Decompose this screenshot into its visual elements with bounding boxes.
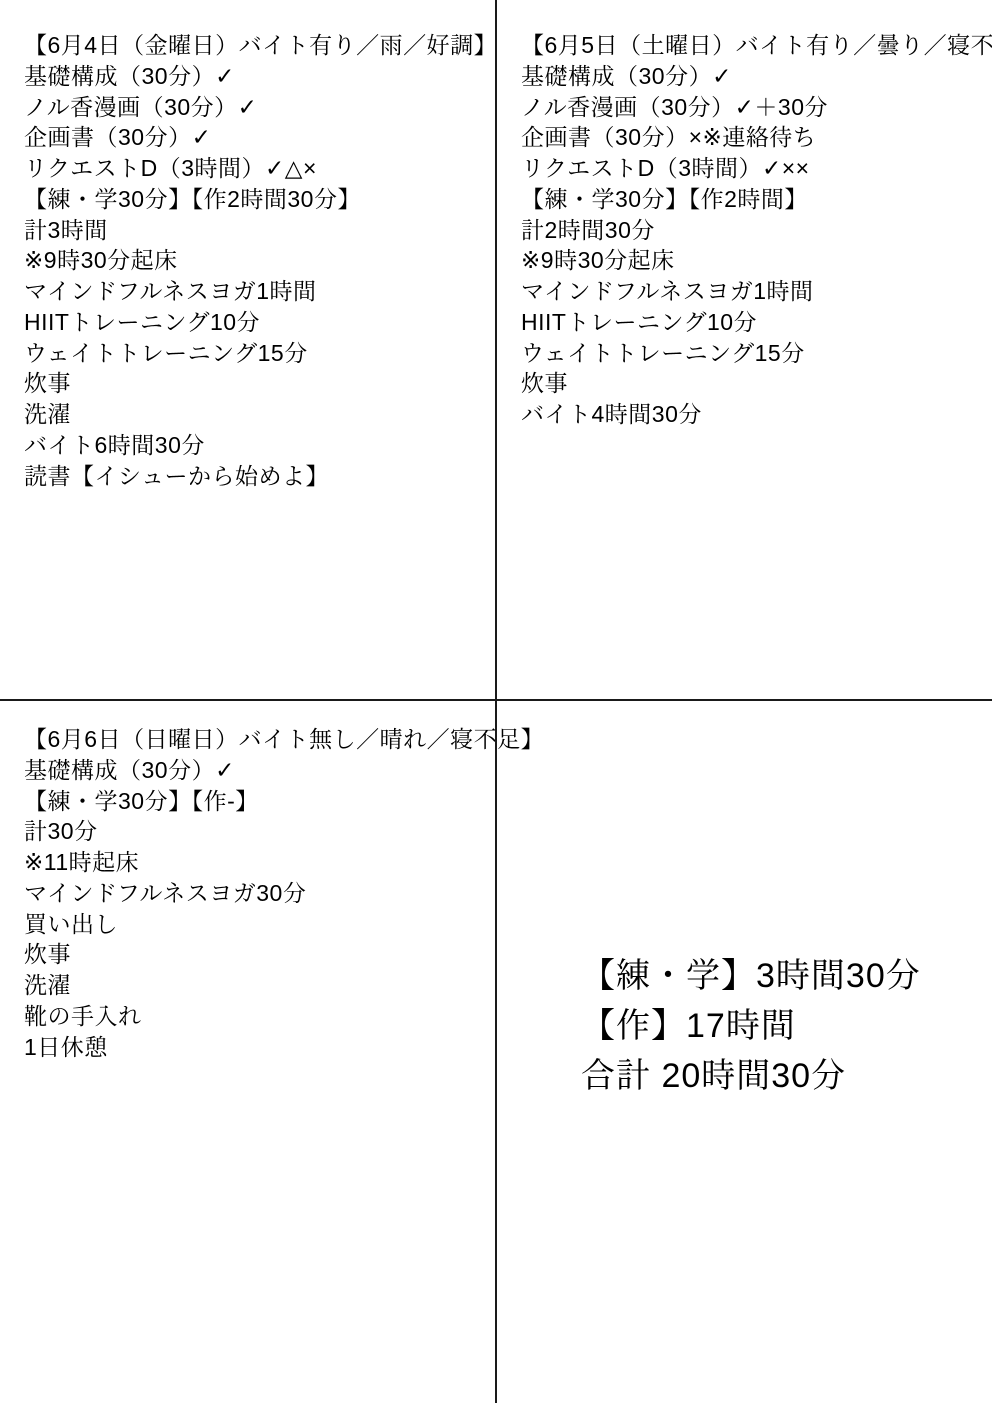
text-line: 読書【イシューから始めよ】 (24, 461, 487, 492)
text-line: 買い出し (24, 909, 487, 940)
text-line: 基礎構成（30分）✓ (521, 61, 984, 92)
text-line: ノル香漫画（30分）✓＋30分 (521, 92, 984, 123)
text-line: 【練・学30分】【作2時間】 (521, 184, 984, 215)
vertical-divider (495, 0, 497, 1403)
text-line: 計30分 (24, 816, 487, 847)
summary-line: 【練・学】3時間30分 (581, 951, 992, 1001)
text-line: 靴の手入れ (24, 1001, 487, 1032)
entry-june-4: 【6月4日（金曜日）バイト有り／雨／好調】 基礎構成（30分）✓ノル香漫画（30… (0, 0, 495, 699)
text-line: 炊事 (24, 939, 487, 970)
text-line: 基礎構成（30分）✓ (24, 755, 487, 786)
text-line: 洗濯 (24, 399, 487, 430)
text-line: リクエストD（3時間）✓△× (24, 153, 487, 184)
text-line: 洗濯 (24, 970, 487, 1001)
entry-june-5: 【6月5日（土曜日）バイト有り／曇り／寝不足】 基礎構成（30分）✓ノル香漫画（… (497, 0, 992, 699)
horizontal-divider (0, 699, 992, 701)
text-line: マインドフルネスヨガ1時間 (521, 276, 984, 307)
text-line: 企画書（30分）×※連絡待ち (521, 122, 984, 153)
text-line: 炊事 (24, 368, 487, 399)
entry-june-6: 【6月6日（日曜日）バイト無し／晴れ／寝不足】 基礎構成（30分）✓【練・学30… (0, 701, 495, 1403)
text-line: HIITトレーニング10分 (521, 307, 984, 338)
text-line: 炊事 (521, 368, 984, 399)
entry-lines: 基礎構成（30分）✓ノル香漫画（30分）✓＋30分企画書（30分）×※連絡待ちリ… (521, 61, 984, 430)
entry-lines: 基礎構成（30分）✓ノル香漫画（30分）✓企画書（30分）✓リクエストD（3時間… (24, 61, 487, 492)
text-line: 計3時間 (24, 215, 487, 246)
weekly-totals: 【練・学】3時間30分【作】17時間合計 20時間30分 (581, 951, 992, 1101)
entry-title: 【6月5日（土曜日）バイト有り／曇り／寝不足】 (521, 30, 984, 61)
text-line: ノル香漫画（30分）✓ (24, 92, 487, 123)
text-line: バイト4時間30分 (521, 399, 984, 430)
journal-page: 【6月4日（金曜日）バイト有り／雨／好調】 基礎構成（30分）✓ノル香漫画（30… (0, 0, 992, 1403)
text-line: HIITトレーニング10分 (24, 307, 487, 338)
text-line: 【練・学30分】【作-】 (24, 786, 487, 817)
text-line: ウェイトトレーニング15分 (24, 338, 487, 369)
entry-title: 【6月4日（金曜日）バイト有り／雨／好調】 (24, 30, 487, 61)
text-line: ※11時起床 (24, 847, 487, 878)
text-line: 基礎構成（30分）✓ (24, 61, 487, 92)
summary-line: 【作】17時間 (581, 1001, 992, 1051)
text-line: マインドフルネスヨガ30分 (24, 878, 487, 909)
summary-quadrant: 【練・学】3時間30分【作】17時間合計 20時間30分 (497, 701, 992, 1403)
text-line: 計2時間30分 (521, 215, 984, 246)
text-line: マインドフルネスヨガ1時間 (24, 276, 487, 307)
entry-title: 【6月6日（日曜日）バイト無し／晴れ／寝不足】 (24, 724, 487, 755)
entry-lines: 基礎構成（30分）✓【練・学30分】【作-】計30分※11時起床マインドフルネス… (24, 755, 487, 1063)
text-line: ※9時30分起床 (521, 245, 984, 276)
text-line: ※9時30分起床 (24, 245, 487, 276)
summary-line: 合計 20時間30分 (581, 1051, 992, 1101)
text-line: ウェイトトレーニング15分 (521, 338, 984, 369)
text-line: 1日休憩 (24, 1032, 487, 1063)
text-line: 企画書（30分）✓ (24, 122, 487, 153)
text-line: 【練・学30分】【作2時間30分】 (24, 184, 487, 215)
text-line: リクエストD（3時間）✓×× (521, 153, 984, 184)
text-line: バイト6時間30分 (24, 430, 487, 461)
